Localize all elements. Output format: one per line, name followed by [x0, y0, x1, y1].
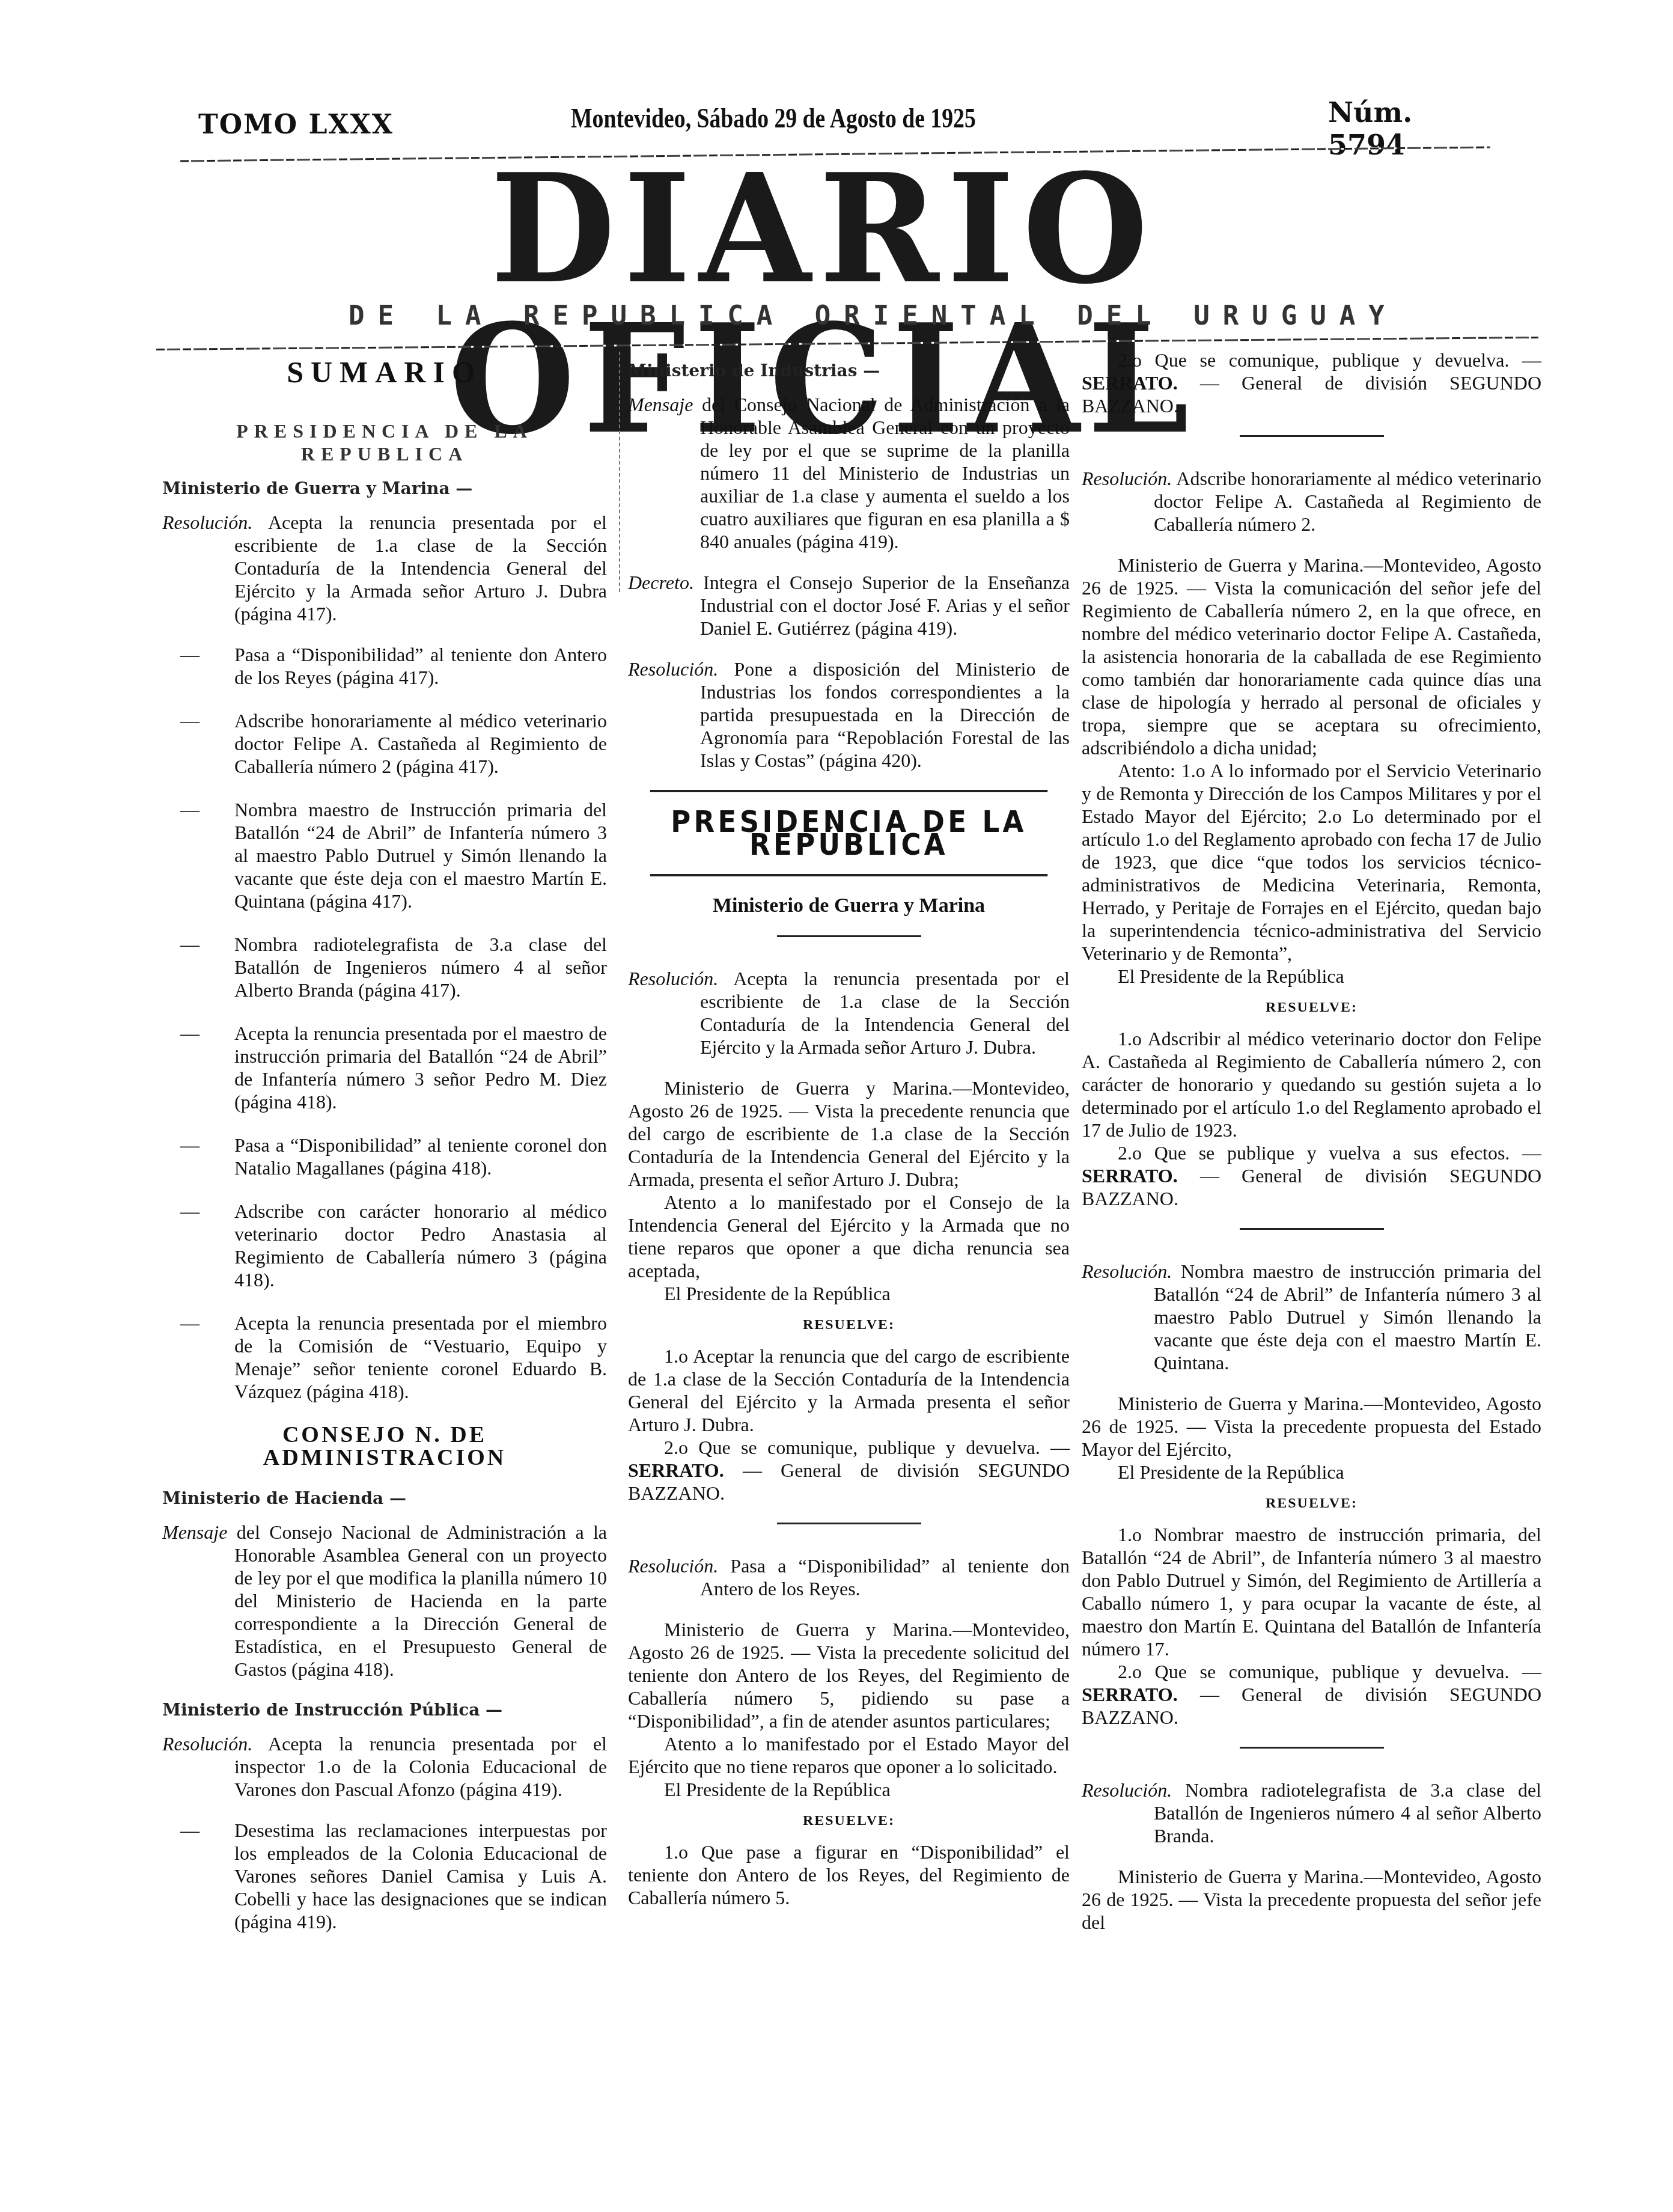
- item-text: Pasa a “Disponibilidad” al teniente coro…: [234, 1134, 607, 1179]
- resuelve-label: RESUELVE:: [1082, 1492, 1541, 1515]
- item-dash: —: [180, 1134, 200, 1156]
- paragraph: Ministerio de Guerra y Marina.—Montevide…: [628, 1077, 1070, 1191]
- resolution-heading: Resolución. Adscribe honorariamente al m…: [1082, 467, 1541, 536]
- ministry-heading: Ministerio de Guerra y Marina —: [162, 477, 607, 500]
- summary-entry: Mensaje del Consejo Nacional de Administ…: [628, 393, 1070, 553]
- resuelve-label: RESUELVE:: [628, 1313, 1070, 1336]
- summary-entry: Resolución. Acepta la renuncia presentad…: [162, 1732, 607, 1801]
- paragraph: Atento a lo manifestado por el Estado Ma…: [628, 1732, 1070, 1778]
- summary-entry: Resolución. Pone a disposición del Minis…: [628, 658, 1070, 772]
- summary-item: —Acepta la renuncia presentada por el ma…: [162, 1022, 607, 1113]
- paragraph: El Presidente de la República: [1082, 965, 1541, 988]
- column-separator: [619, 352, 620, 592]
- paragraph: El Presidente de la República: [628, 1778, 1070, 1801]
- summary-item: —Adscribe con carácter honorario al médi…: [162, 1200, 607, 1291]
- signature-paragraph: 2.o Que se comunique, publique y devuelv…: [628, 1436, 1070, 1505]
- section-banner: PRESIDENCIA DE LA REPÚBLICA: [650, 790, 1048, 876]
- ministry-heading: Ministerio de Industrias —: [628, 359, 1070, 382]
- summary-entry: Mensaje del Consejo Nacional de Administ…: [162, 1521, 607, 1681]
- column-middle: Ministerio de Industrias — Mensaje del C…: [628, 349, 1070, 1909]
- resolution-heading: Resolución. Acepta la renuncia presentad…: [628, 967, 1070, 1059]
- summary-items: —Pasa a “Disponibilidad” al teniente don…: [162, 643, 607, 1403]
- issue-number: Núm. 5794: [1328, 96, 1460, 161]
- item-dash: —: [180, 1312, 200, 1334]
- item-dash: —: [180, 643, 200, 666]
- summary-item: —Nombra maestro de Instrucción primaria …: [162, 798, 607, 912]
- paragraph: 1.o Que pase a figurar en “Disponibilida…: [628, 1841, 1070, 1909]
- ministry-heading: Ministerio de Hacienda —: [162, 1487, 607, 1510]
- newspaper-subtitle: DE LA REPUBLICA ORIENTAL DEL URUGUAY: [349, 301, 1398, 331]
- paragraph: Atento a lo manifestado por el Consejo d…: [628, 1191, 1070, 1282]
- resuelve-label: RESUELVE:: [628, 1809, 1070, 1832]
- ministry-heading: Ministerio de Instrucción Pública —: [162, 1699, 607, 1722]
- summary-item: —Pasa a “Disponibilidad” al teniente don…: [162, 643, 607, 689]
- column-right: 2.o Que se comunique, publique y devuelv…: [1082, 349, 1541, 1934]
- item-text: Adscribe honorariamente al médico veteri…: [234, 710, 607, 777]
- paragraph: Ministerio de Guerra y Marina.—Montevide…: [1082, 1392, 1541, 1461]
- divider: [1240, 435, 1384, 437]
- section-heading: CONSEJO N. DE ADMINISTRACION: [162, 1423, 607, 1469]
- divider: [777, 1523, 921, 1524]
- signature-paragraph: 2.o Que se comunique, publique y devuelv…: [1082, 349, 1541, 417]
- item-text: Pasa a “Disponibilidad” al teniente don …: [234, 644, 607, 688]
- resolution-heading: Resolución. Pasa a “Disponibilidad” al t…: [628, 1554, 1070, 1600]
- divider: [777, 935, 921, 937]
- resolution-heading: Resolución. Nombra maestro de instrucció…: [1082, 1260, 1541, 1374]
- signature-paragraph: 2.o Que se comunique, publique y devuelv…: [1082, 1660, 1541, 1729]
- summary-entry: Resolución. Acepta la renuncia presentad…: [162, 511, 607, 625]
- item-dash: —: [180, 933, 200, 956]
- divider: [1240, 1228, 1384, 1230]
- column-sumario: SUMARIO PRESIDENCIA DE LA REPUBLICA Mini…: [162, 349, 607, 1954]
- summary-item: —Acepta la renuncia presentada por el mi…: [162, 1312, 607, 1403]
- paragraph: Ministerio de Guerra y Marina.—Montevide…: [1082, 1865, 1541, 1934]
- paragraph: 1.o Aceptar la renuncia que del cargo de…: [628, 1345, 1070, 1436]
- section-heading: PRESIDENCIA DE LA REPUBLICA: [162, 420, 607, 465]
- summary-item: —Pasa a “Disponibilidad” al teniente cor…: [162, 1134, 607, 1179]
- sumario-heading: SUMARIO: [162, 361, 607, 383]
- paragraph: Atento: 1.o A lo informado por el Servic…: [1082, 759, 1541, 965]
- item-text: Acepta la renuncia presentada por el mae…: [234, 1022, 607, 1113]
- paragraph: Ministerio de Guerra y Marina.—Montevide…: [1082, 554, 1541, 759]
- volume-label: TOMO LXXX: [198, 109, 394, 140]
- item-dash: —: [180, 798, 200, 821]
- summary-entry: Decreto. Integra el Consejo Superior de …: [628, 571, 1070, 640]
- item-text: Adscribe con carácter honorario al médic…: [234, 1200, 607, 1291]
- divider: [1240, 1747, 1384, 1749]
- paragraph: El Presidente de la República: [1082, 1461, 1541, 1483]
- item-text: Nombra maestro de Instrucción primaria d…: [234, 799, 607, 912]
- item-dash: —: [180, 709, 200, 732]
- item-dash: —: [180, 1200, 200, 1223]
- summary-item: —Nombra radiotelegrafista de 3.a clase d…: [162, 933, 607, 1001]
- paragraph: Ministerio de Guerra y Marina.—Montevide…: [628, 1618, 1070, 1732]
- paragraph: El Presidente de la República: [628, 1282, 1070, 1305]
- resuelve-label: RESUELVE:: [1082, 996, 1541, 1019]
- resolution-heading: Resolución. Nombra radiotelegrafista de …: [1082, 1779, 1541, 1847]
- summary-item: —Desestima las reclamaciones interpuesta…: [162, 1819, 607, 1933]
- signature-paragraph: 2.o Que se publique y vuelva a sus efect…: [1082, 1141, 1541, 1210]
- paragraph: 1.o Adscribir al médico veterinario doct…: [1082, 1027, 1541, 1141]
- item-dash: —: [180, 1022, 200, 1045]
- paragraph: 1.o Nombrar maestro de instrucción prima…: [1082, 1523, 1541, 1660]
- newspaper-page: TOMO LXXX Montevideo, Sábado 29 de Agost…: [0, 0, 1673, 2212]
- dateline: Montevideo, Sábado 29 de Agosto de 1925: [571, 102, 976, 134]
- item-text: Acepta la renuncia presentada por el mie…: [234, 1312, 607, 1402]
- masthead-top-line: TOMO LXXX Montevideo, Sábado 29 de Agost…: [198, 102, 1460, 144]
- item-text: Nombra radiotelegrafista de 3.a clase de…: [234, 933, 607, 1001]
- summary-item: —Adscribe honorariamente al médico veter…: [162, 709, 607, 778]
- ministry-heading: Ministerio de Guerra y Marina: [628, 894, 1070, 917]
